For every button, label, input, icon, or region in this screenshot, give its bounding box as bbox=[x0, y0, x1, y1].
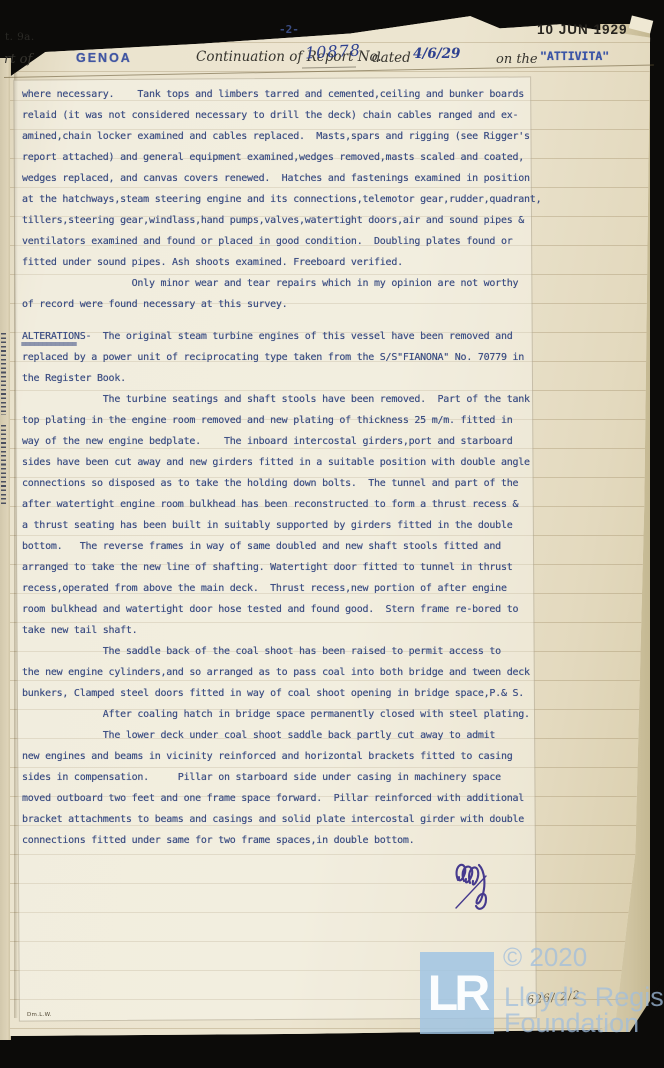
typed-line: The saddle back of the coal shoot has be… bbox=[22, 641, 530, 662]
typed-line: sides have been cut away and new girders… bbox=[22, 452, 530, 473]
typed-line: After coaling hatch in bridge space perm… bbox=[22, 704, 530, 725]
typed-line: amined,chain locker examined and cables … bbox=[22, 126, 541, 147]
typed-line: way of the new engine bedplate. The inbo… bbox=[22, 431, 530, 452]
typed-line: The lower deck under coal shoot saddle b… bbox=[22, 725, 530, 746]
margin-vertical-text-fragment bbox=[1, 333, 6, 415]
typed-line: bottom. The reverse frames in way of sam… bbox=[22, 536, 530, 557]
typed-line: connections fitted under same for two fr… bbox=[22, 830, 530, 851]
watermark-org-line2: Foundation bbox=[504, 1008, 639, 1039]
typed-line: relaid (it was not considered necessary … bbox=[22, 105, 541, 126]
typed-line: moved outboard two feet and one frame sp… bbox=[22, 788, 530, 809]
printers-mark: Dm.L.W. bbox=[27, 1012, 52, 1018]
form-reference: t. 9a. bbox=[5, 31, 35, 43]
typed-line: The turbine seatings and shaft stools ha… bbox=[22, 389, 530, 410]
page-number: -2- bbox=[279, 23, 299, 36]
report-number-handwritten: 10878 bbox=[305, 41, 362, 63]
typed-line: the Register Book. bbox=[22, 368, 530, 389]
typed-line: tillers,steering gear,windlass,hand pump… bbox=[22, 210, 541, 231]
typed-line: top plating in the engine room removed a… bbox=[22, 410, 530, 431]
margin-vertical-text-fragment bbox=[1, 425, 6, 505]
surveyor-signature-scribble bbox=[448, 856, 496, 918]
typed-line: sides in compensation. Pillar on starboa… bbox=[22, 767, 530, 788]
typed-line: recess,operated from above the main deck… bbox=[22, 578, 530, 599]
port-stamp-genoa: GENOA bbox=[76, 51, 132, 65]
typed-line: bracket attachments to beams and casings… bbox=[22, 809, 530, 830]
lloyds-register-logo: LR bbox=[420, 952, 494, 1034]
typed-line: at the hatchways,steam steering engine a… bbox=[22, 189, 541, 210]
typed-line: where necessary. Tank tops and limbers t… bbox=[22, 84, 541, 105]
typed-line: connections so disposed as to take the h… bbox=[22, 473, 530, 494]
dated-label: dated bbox=[372, 50, 411, 66]
typed-line: fitted under sound pipes. Ash shoots exa… bbox=[22, 252, 541, 273]
typed-line: take new tail shaft. bbox=[22, 620, 530, 641]
typed-line: after watertight engine room bulkhead ha… bbox=[22, 494, 530, 515]
under-page-left-edge bbox=[0, 58, 11, 1040]
vessel-name: "ATTIVITA" bbox=[540, 49, 609, 63]
typed-line: new engines and beams in vicinity reinfo… bbox=[22, 746, 530, 767]
report-date-handwritten: 4/6/29 bbox=[413, 46, 460, 62]
typed-line: of record were found necessary at this s… bbox=[22, 294, 541, 315]
typed-line: wedges replaced, and canvas covers renew… bbox=[22, 168, 541, 189]
typed-line: room bulkhead and watertight door hose t… bbox=[22, 599, 530, 620]
typed-line: ALTERATIONS- The original steam turbine … bbox=[22, 326, 530, 347]
typed-line: ventilators examined and found or placed… bbox=[22, 231, 541, 252]
watermark-copyright: © 2020 bbox=[503, 942, 587, 973]
typed-line: the new engine cylinders,and so arranged… bbox=[22, 662, 530, 683]
on-the-label: on the bbox=[496, 52, 538, 67]
typed-line: bunkers, Clamped steel doors fitted in w… bbox=[22, 683, 530, 704]
typed-line: replaced by a power unit of reciprocatin… bbox=[22, 347, 530, 368]
scanned-report-photo: t. 9a. rt of GENOA -2- 10 JUN 1929 Conti… bbox=[0, 0, 664, 1068]
typed-line: Only minor wear and tear repairs which i… bbox=[22, 273, 541, 294]
received-date-stamp: 10 JUN 1929 bbox=[537, 22, 628, 37]
typed-line: a thrust seating has been built in suita… bbox=[22, 515, 530, 536]
typed-line: arranged to take the new line of shaftin… bbox=[22, 557, 530, 578]
body-section-2-alterations: ALTERATIONS- The original steam turbine … bbox=[22, 326, 530, 851]
typed-line: report attached) and general equipment e… bbox=[22, 147, 541, 168]
body-section-1: where necessary. Tank tops and limbers t… bbox=[22, 84, 541, 315]
port-of-label: rt of bbox=[4, 52, 32, 67]
